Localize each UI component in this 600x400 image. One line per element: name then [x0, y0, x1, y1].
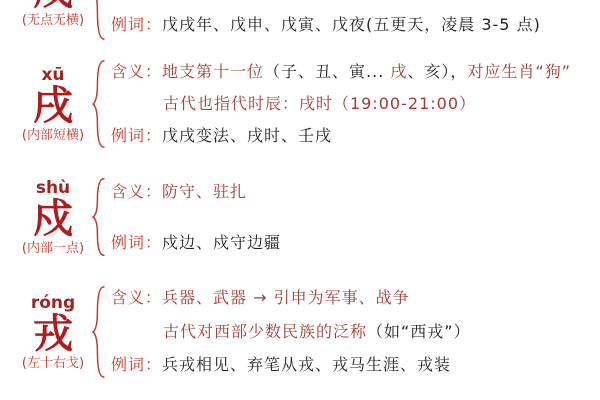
text-segment: 戌 [390, 62, 407, 81]
character-comparison-sheet: 戊 (无点无横) 例词：戊戌年、戊申、戊寅、戊夜(五更天，凌晨 3-5 点) x… [0, 0, 600, 400]
stroke-note: (内部短横) [22, 127, 84, 144]
definition-rows: 含义：防守、驻扎例词：戍边、戍守边疆 [105, 178, 600, 256]
char-section-xu: xū 戌 (内部短横) 含义：地支第十一位（子、丑、寅... 戌、亥），对应生肖… [0, 60, 600, 148]
char-section-rong: róng 戎 (左十右戈) 含义：兵器、武器 → 引申为军事、战争古代对西部少数… [0, 286, 600, 378]
curly-brace-icon [92, 60, 105, 148]
text-segment: 含义： [111, 62, 162, 81]
stroke-note: (左十右戈) [22, 355, 84, 372]
definition-row: 例词：戊戌变法、戌时、壬戌 [111, 126, 600, 146]
sections-container: 戊 (无点无横) 例词：戊戌年、戊申、戊寅、戊夜(五更天，凌晨 3-5 点) x… [0, 0, 600, 378]
main-character: 戌 [33, 85, 73, 127]
text-segment: 对应生肖“狗” [467, 62, 571, 81]
text-segment: 地支第十一位 [162, 62, 264, 81]
text-segment: （子、丑、寅... [264, 62, 390, 81]
definition-row: 含义：兵器、武器 → 引申为军事、战争 [111, 288, 600, 308]
pinyin-label: xū [41, 65, 64, 85]
text-segment: 古代对西部少数民族的泛称 [163, 322, 367, 341]
definition-row: 古代对西部少数民族的泛称（如“西戎”） [111, 322, 600, 342]
pinyin-label: shù [36, 178, 70, 198]
definition-rows: 含义：地支第十一位（子、丑、寅... 戌、亥），对应生肖“狗”古代也指代时辰：戌… [105, 60, 600, 148]
text-segment: 古代也指代时辰：戌时（19:00-21:00） [163, 94, 476, 113]
definition-row: 例词：兵戎相见、弃笔从戎、戎马生涯、戎装 [111, 355, 600, 375]
curly-brace-icon [92, 178, 105, 256]
text-segment: 例词： [111, 233, 162, 252]
text-segment: 兵器、武器 → 引申为军事、战争 [162, 288, 410, 307]
text-segment: 戊戌变法、戌时、壬戌 [162, 126, 332, 145]
curly-brace-icon [92, 286, 105, 378]
char-block: shù 戍 (内部一点) [0, 178, 92, 256]
pinyin-label: róng [31, 293, 75, 313]
stroke-note: (无点无横) [22, 12, 84, 29]
char-block: róng 戎 (左十右戈) [0, 286, 92, 378]
text-segment: 戍边、戍守边疆 [162, 233, 281, 252]
definition-row: 含义：地支第十一位（子、丑、寅... 戌、亥），对应生肖“狗” [111, 62, 600, 82]
stroke-note: (内部一点) [22, 240, 84, 257]
char-section-wu: 戊 (无点无横) 例词：戊戌年、戊申、戊寅、戊夜(五更天，凌晨 3-5 点) [0, 0, 600, 40]
main-character: 戍 [33, 198, 73, 240]
main-character: 戊 [33, 0, 73, 12]
text-segment: 、亥）， [407, 62, 467, 81]
curly-brace-icon [92, 0, 105, 40]
char-block: xū 戌 (内部短横) [0, 60, 92, 148]
text-segment: 含义： [111, 288, 162, 307]
definition-row: 例词：戍边、戍守边疆 [111, 233, 600, 253]
char-section-shu: shù 戍 (内部一点) 含义：防守、驻扎例词：戍边、戍守边疆 [0, 178, 600, 256]
definition-rows: 例词：戊戌年、戊申、戊寅、戊夜(五更天，凌晨 3-5 点) [105, 0, 600, 40]
text-segment: （如“西戎”） [367, 322, 471, 341]
text-segment: 例词： [111, 126, 162, 145]
main-character: 戎 [33, 313, 73, 355]
text-segment: 防守、驻扎 [162, 182, 247, 201]
definition-row: 含义：防守、驻扎 [111, 182, 600, 202]
definition-rows: 含义：兵器、武器 → 引申为军事、战争古代对西部少数民族的泛称（如“西戎”）例词… [105, 286, 600, 378]
text-segment: 戊戌年、戊申、戊寅、戊夜(五更天，凌晨 3-5 点) [162, 15, 541, 34]
definition-row: 例词：戊戌年、戊申、戊寅、戊夜(五更天，凌晨 3-5 点) [111, 15, 600, 35]
char-block: 戊 (无点无横) [0, 0, 92, 40]
definition-row: 古代也指代时辰：戌时（19:00-21:00） [111, 94, 600, 114]
text-segment: 含义： [111, 182, 162, 201]
text-segment: 例词： [111, 15, 162, 34]
text-segment: 兵戎相见、弃笔从戎、戎马生涯、戎装 [162, 355, 451, 374]
text-segment: 例词： [111, 355, 162, 374]
